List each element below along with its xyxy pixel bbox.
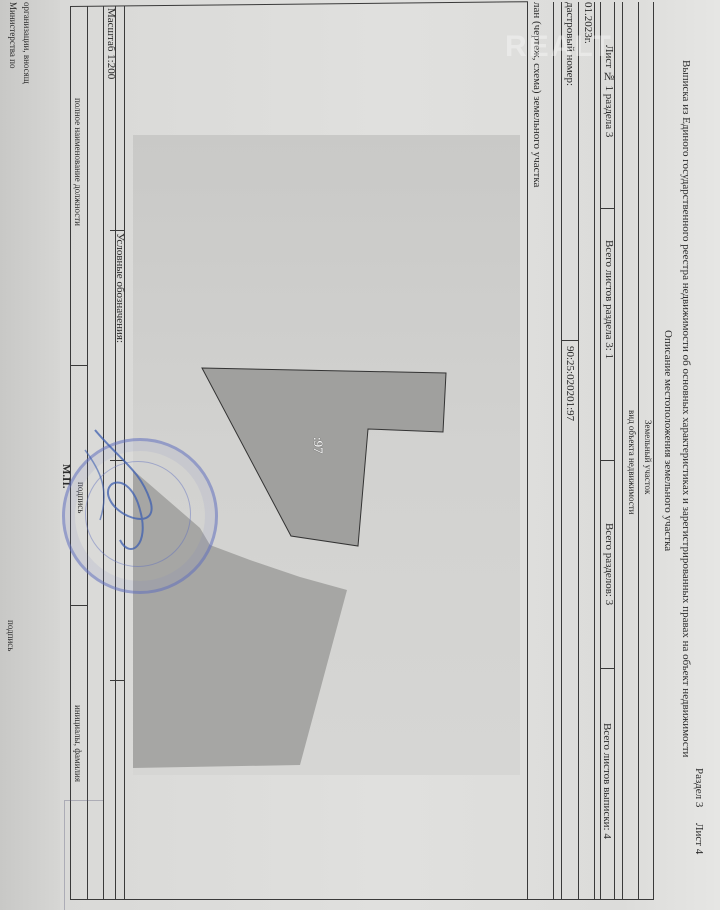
- watermark: REALT: [505, 30, 613, 64]
- document-photo: организации, вносящ Министерства по подп…: [0, 0, 720, 910]
- signature: [0, 0, 720, 910]
- pencil-mark: [64, 800, 103, 910]
